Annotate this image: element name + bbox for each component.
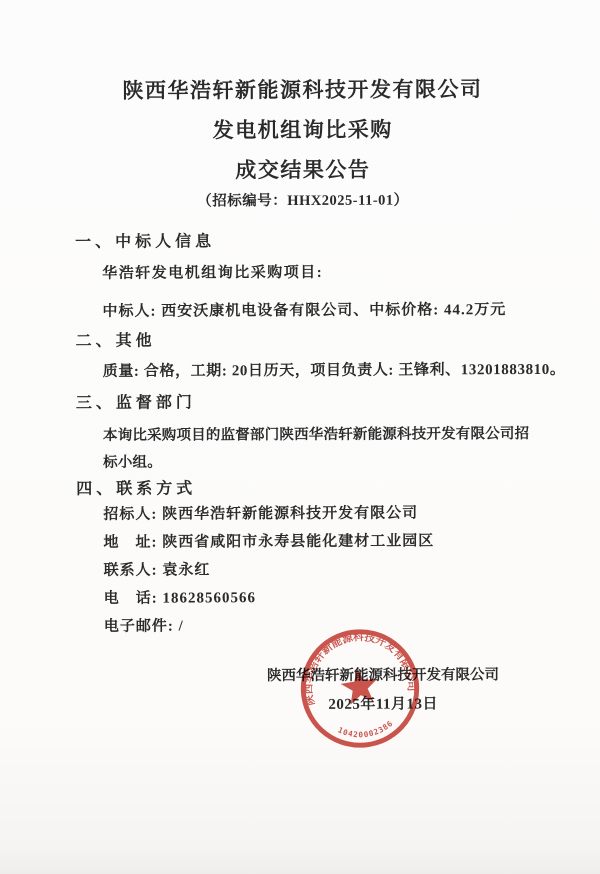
contact-person: 联系人: 袁永红 <box>104 555 533 585</box>
contact-address: 地 址: 陕西省咸阳市永寿县能化建材工业园区 <box>103 527 532 557</box>
title-project-name: 发电机组询比采购 <box>75 109 531 151</box>
tender-number: （招标编号：HHX2025-11-01） <box>75 189 531 213</box>
official-seal-stamp: 陕西华浩轩新能源科技开发有限公司 6104200023863 <box>291 619 429 758</box>
section-heading-winner-info: 一、中标人信息 <box>75 230 531 254</box>
title-result-announcement: 成交结果公告 <box>75 149 531 191</box>
quality-duration-line: 质量: 合格，工期: 20日历天，项目负责人: 王锋利、13201883810。 <box>103 359 532 383</box>
winner-and-price-line: 中标人: 西安沃康机电设备有限公司、中标价格: 44.2万元 <box>102 299 531 323</box>
seal-star-icon <box>339 665 381 705</box>
section-heading-other: 二、其他 <box>76 329 532 353</box>
contact-tenderer: 招标人: 陕西华浩轩新能源科技开发有限公司 <box>103 499 532 529</box>
title-company-name: 陕西华浩轩新能源科技开发有限公司 <box>74 69 530 111</box>
document-title-block: 陕西华浩轩新能源科技开发有限公司 发电机组询比采购 成交结果公告 <box>74 0 531 191</box>
supervision-paragraph: 本询比采购项目的监督部门陕西华浩轩新能源科技开发有限公司招标小组。 <box>103 421 532 477</box>
announcement-page: 陕西华浩轩新能源科技开发有限公司 发电机组询比采购 成交结果公告 （招标编号：H… <box>0 0 600 874</box>
section-heading-supervision: 三、监督部门 <box>76 391 532 415</box>
project-name-line: 华浩轩发电机组询比采购项目: <box>102 261 531 285</box>
document-content: 陕西华浩轩新能源科技开发有限公司 发电机组询比采购 成交结果公告 （招标编号：H… <box>0 0 600 874</box>
section-heading-contact: 四、联系方式 <box>76 477 532 501</box>
seal-graphic: 陕西华浩轩新能源科技开发有限公司 6104200023863 <box>291 619 429 758</box>
contact-phone: 电 话: 18628560566 <box>104 583 533 613</box>
